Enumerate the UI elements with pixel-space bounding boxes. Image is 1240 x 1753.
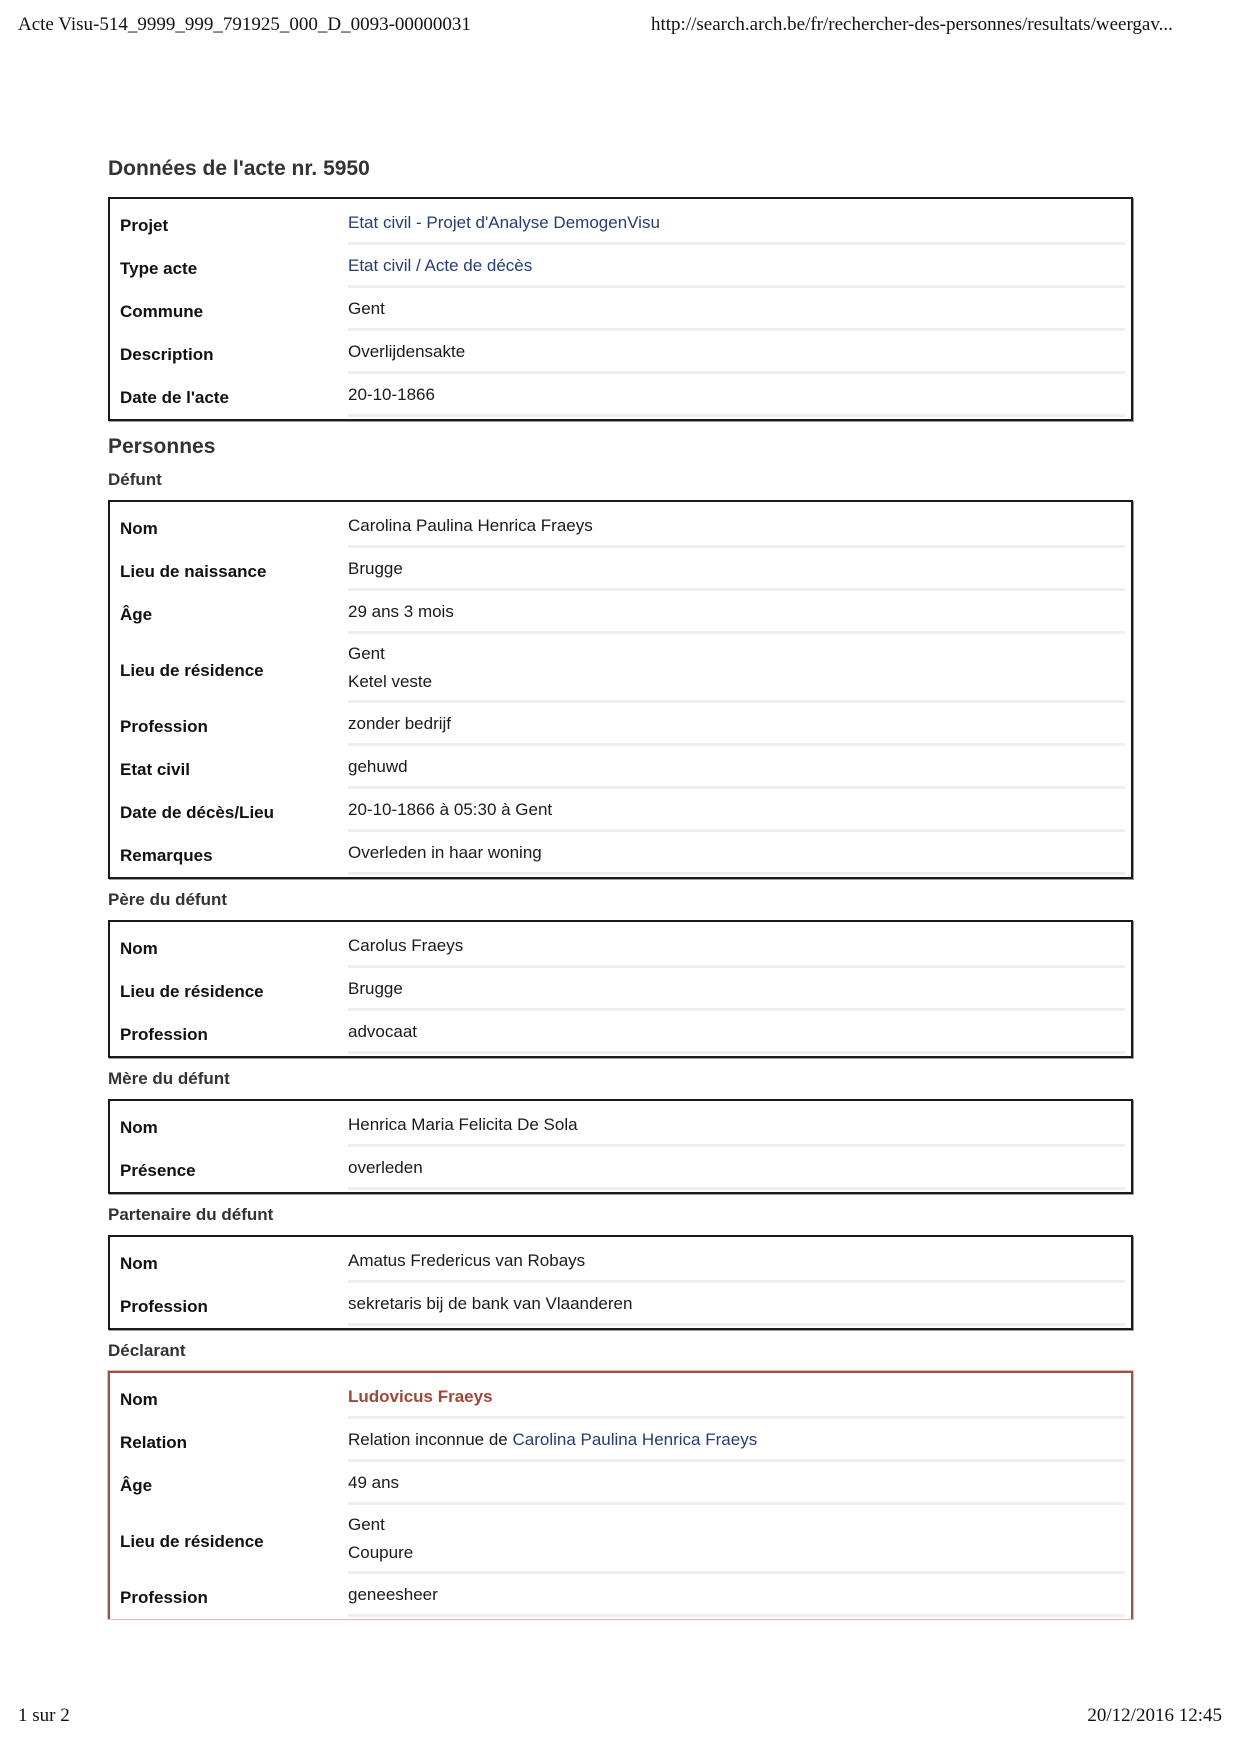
- mere-row-nom: Nom Henrica Maria Felicita De Sola: [120, 1104, 1125, 1147]
- row-value: Carolina Paulina Henrica Fraeys: [348, 505, 1125, 548]
- defunt-row-profession: Profession zonder bedrijf: [120, 703, 1125, 746]
- row-value: Carolus Fraeys: [348, 925, 1125, 968]
- row-label: Âge: [120, 601, 348, 625]
- declarant-heading: Déclarant: [108, 1340, 1133, 1362]
- row-value: Henrica Maria Felicita De Sola: [348, 1104, 1125, 1147]
- row-value: 49 ans: [348, 1462, 1125, 1505]
- page-url: http://search.arch.be/fr/rechercher-des-…: [651, 14, 1173, 36]
- row-label: Date de décès/Lieu: [120, 799, 348, 823]
- row-label: Profession: [120, 1293, 348, 1317]
- persons-heading: Personnes: [108, 433, 1133, 461]
- defunt-row-residence: Lieu de résidence Gent Ketel veste: [120, 634, 1125, 703]
- pere-row-residence: Lieu de résidence Brugge: [120, 968, 1125, 1011]
- row-label: Nom: [120, 1386, 348, 1410]
- pere-table: Nom Carolus Fraeys Lieu de résidence Bru…: [108, 920, 1133, 1058]
- acte-row-date: Date de l'acte 20-10-1866: [120, 374, 1125, 417]
- defunt-row-age: Âge 29 ans 3 mois: [120, 591, 1125, 634]
- row-label: Lieu de résidence: [120, 1528, 348, 1552]
- declarant-row-nom: Nom Ludovicus Fraeys: [120, 1376, 1125, 1419]
- row-value: Overlijdensakte: [348, 331, 1125, 374]
- print-header: Acte Visu-514_9999_999_791925_000_D_0093…: [0, 14, 1240, 44]
- row-label: Etat civil: [120, 756, 348, 780]
- row-label: Type acte: [120, 255, 348, 279]
- row-label: Nom: [120, 935, 348, 959]
- row-value: advocaat: [348, 1011, 1125, 1054]
- row-label: Lieu de naissance: [120, 558, 348, 582]
- acte-row-type: Type acte Etat civil / Acte de décès: [120, 245, 1125, 288]
- acte-row-projet: Projet Etat civil - Projet d'Analyse Dem…: [120, 202, 1125, 245]
- related-person-link[interactable]: Carolina Paulina Henrica Fraeys: [512, 1430, 757, 1449]
- row-label: Lieu de résidence: [120, 657, 348, 681]
- declarant-row-age: Âge 49 ans: [120, 1462, 1125, 1505]
- defunt-row-deces: Date de décès/Lieu 20-10-1866 à 05:30 à …: [120, 789, 1125, 832]
- row-label: Date de l'acte: [120, 384, 348, 408]
- pere-row-nom: Nom Carolus Fraeys: [120, 925, 1125, 968]
- row-label: Âge: [120, 1472, 348, 1496]
- partenaire-heading: Partenaire du défunt: [108, 1204, 1133, 1226]
- row-value: gehuwd: [348, 746, 1125, 789]
- row-value: sekretaris bij de bank van Vlaanderen: [348, 1283, 1125, 1326]
- row-label: Profession: [120, 1021, 348, 1045]
- row-value: geneesheer: [348, 1574, 1125, 1617]
- row-label: Relation: [120, 1429, 348, 1453]
- row-value: Gent: [348, 288, 1125, 331]
- acte-row-commune: Commune Gent: [120, 288, 1125, 331]
- row-label: Commune: [120, 298, 348, 322]
- mere-heading: Mère du défunt: [108, 1068, 1133, 1090]
- acte-row-description: Description Overlijdensakte: [120, 331, 1125, 374]
- defunt-row-nom: Nom Carolina Paulina Henrica Fraeys: [120, 505, 1125, 548]
- row-label: Nom: [120, 1114, 348, 1138]
- print-footer: 1 sur 2 20/12/2016 12:45: [0, 1705, 1240, 1735]
- row-value: 20-10-1866: [348, 374, 1125, 417]
- row-label: Profession: [120, 1584, 348, 1608]
- residence-city: Gent: [348, 1511, 1125, 1539]
- pere-heading: Père du défunt: [108, 889, 1133, 911]
- row-label: Présence: [120, 1157, 348, 1181]
- page-title: Données de l'acte nr. 5950: [108, 150, 1133, 197]
- declarant-row-relation: Relation Relation inconnue de Carolina P…: [120, 1419, 1125, 1462]
- partenaire-table: Nom Amatus Fredericus van Robays Profess…: [108, 1235, 1133, 1330]
- row-value: Overleden in haar woning: [348, 832, 1125, 875]
- row-value: Gent Coupure: [348, 1505, 1125, 1574]
- mere-row-presence: Présence overleden: [120, 1147, 1125, 1190]
- row-label: Nom: [120, 1250, 348, 1274]
- residence-street: Coupure: [348, 1539, 1125, 1567]
- defunt-row-etat-civil: Etat civil gehuwd: [120, 746, 1125, 789]
- defunt-table: Nom Carolina Paulina Henrica Fraeys Lieu…: [108, 500, 1133, 879]
- document-title: Acte Visu-514_9999_999_791925_000_D_0093…: [18, 14, 471, 36]
- row-value: Gent Ketel veste: [348, 634, 1125, 703]
- defunt-heading: Défunt: [108, 469, 1133, 491]
- print-datetime: 20/12/2016 12:45: [1087, 1705, 1222, 1727]
- declarant-name: Ludovicus Fraeys: [348, 1383, 1125, 1411]
- defunt-row-remarques: Remarques Overleden in haar woning: [120, 832, 1125, 875]
- page-number: 1 sur 2: [18, 1705, 70, 1727]
- record-content: Données de l'acte nr. 5950 Projet Etat c…: [108, 150, 1133, 1619]
- residence-street: Ketel veste: [348, 668, 1125, 696]
- partenaire-row-nom: Nom Amatus Fredericus van Robays: [120, 1240, 1125, 1283]
- row-value: 29 ans 3 mois: [348, 591, 1125, 634]
- row-label: Nom: [120, 515, 348, 539]
- declarant-table: Nom Ludovicus Fraeys Relation Relation i…: [108, 1371, 1133, 1619]
- row-label: Lieu de résidence: [120, 978, 348, 1002]
- relation-text: Relation inconnue de: [348, 1430, 512, 1449]
- pere-row-profession: Profession advocaat: [120, 1011, 1125, 1054]
- residence-city: Gent: [348, 640, 1125, 668]
- mere-table: Nom Henrica Maria Felicita De Sola Prése…: [108, 1099, 1133, 1194]
- row-value: Brugge: [348, 968, 1125, 1011]
- row-label: Description: [120, 341, 348, 365]
- row-value: Relation inconnue de Carolina Paulina He…: [348, 1419, 1125, 1462]
- row-label: Remarques: [120, 842, 348, 866]
- row-value: overleden: [348, 1147, 1125, 1190]
- type-acte-link[interactable]: Etat civil / Acte de décès: [348, 252, 1125, 280]
- row-value: Brugge: [348, 548, 1125, 591]
- row-value: 20-10-1866 à 05:30 à Gent: [348, 789, 1125, 832]
- acte-details-table: Projet Etat civil - Projet d'Analyse Dem…: [108, 197, 1133, 421]
- partenaire-row-profession: Profession sekretaris bij de bank van Vl…: [120, 1283, 1125, 1326]
- row-value: zonder bedrijf: [348, 703, 1125, 746]
- row-value: Amatus Fredericus van Robays: [348, 1240, 1125, 1283]
- declarant-row-residence: Lieu de résidence Gent Coupure: [120, 1505, 1125, 1574]
- defunt-row-naissance: Lieu de naissance Brugge: [120, 548, 1125, 591]
- row-label: Profession: [120, 713, 348, 737]
- row-label: Projet: [120, 212, 348, 236]
- projet-link[interactable]: Etat civil - Projet d'Analyse DemogenVis…: [348, 209, 1125, 237]
- declarant-row-profession: Profession geneesheer: [120, 1574, 1125, 1617]
